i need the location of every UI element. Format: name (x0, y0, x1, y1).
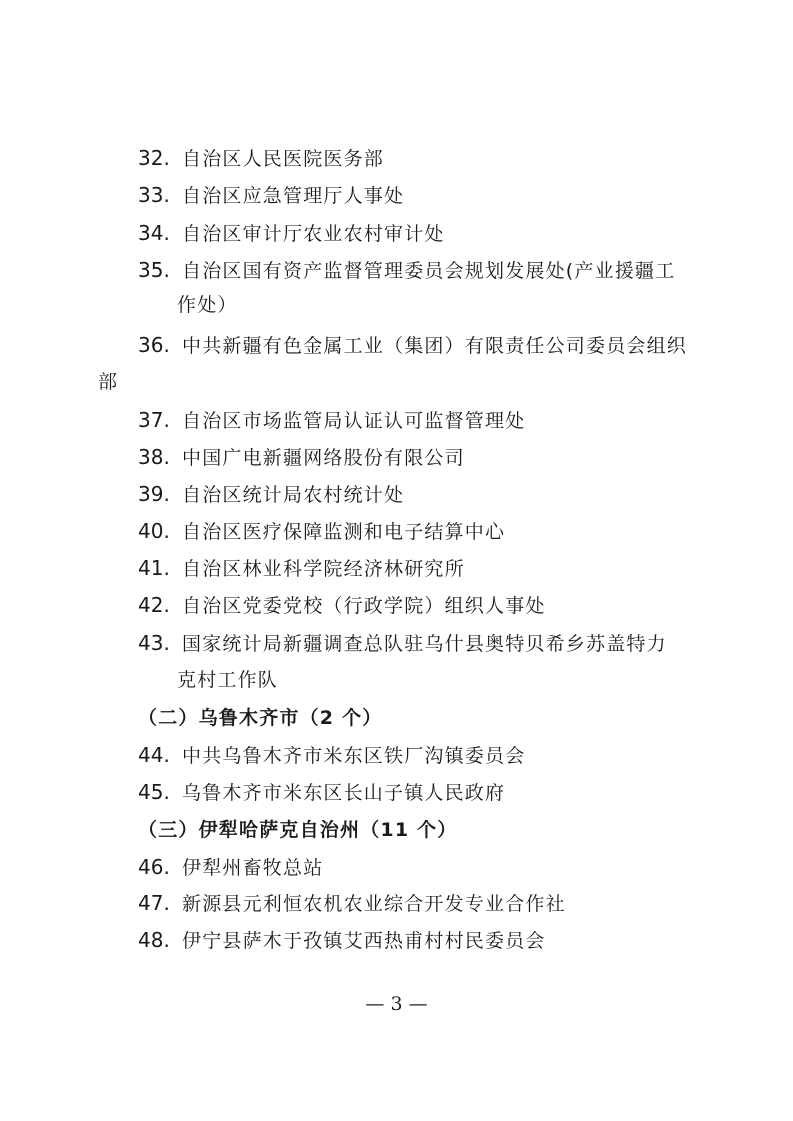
list-item: 42.自治区党委党校（行政学院）组织人事处 (138, 593, 546, 618)
list-item: 40.自治区医疗保障监测和电子结算中心 (138, 519, 505, 544)
list-item: 33.自治区应急管理厅人事处 (138, 183, 404, 208)
list-item: 41.自治区林业科学院经济林研究所 (138, 556, 465, 581)
list-item-continuation: 克村工作队 (177, 668, 278, 692)
list-item: 34.自治区审计厅农业农村审计处 (138, 221, 445, 246)
list-item: 35.自治区国有资产监督管理委员会规划发展处(产业援疆工 (138, 258, 675, 283)
list-item: 43.国家统计局新疆调查总队驻乌什县奥特贝希乡苏盖特力 (138, 631, 667, 656)
list-item: 36.中共新疆有色金属工业（集团）有限责任公司委员会组织 (138, 333, 687, 358)
list-item: 45.乌鲁木齐市米东区长山子镇人民政府 (138, 780, 505, 805)
list-item-continuation: 作处） (177, 293, 238, 317)
page-number: — 3 — (0, 993, 793, 1015)
section-heading-urumqi: （二）乌鲁木齐市（2 个） (138, 706, 382, 730)
list-item: 38.中国广电新疆网络股份有限公司 (138, 445, 465, 470)
list-item-continuation: 部 (98, 370, 118, 394)
list-item: 37.自治区市场监管局认证认可监督管理处 (138, 408, 525, 433)
list-item: 46.伊犁州畜牧总站 (138, 855, 323, 880)
list-item: 39.自治区统计局农村统计处 (138, 482, 404, 507)
list-item: 32.自治区人民医院医务部 (138, 146, 384, 171)
section-heading-ili: （三）伊犁哈萨克自治州（11 个） (138, 818, 457, 842)
list-item: 48.伊宁县萨木于孜镇艾西热甫村村民委员会 (138, 928, 546, 953)
list-item: 44.中共乌鲁木齐市米东区铁厂沟镇委员会 (138, 743, 525, 768)
list-item: 47.新源县元利恒农机农业综合开发专业合作社 (138, 891, 566, 916)
